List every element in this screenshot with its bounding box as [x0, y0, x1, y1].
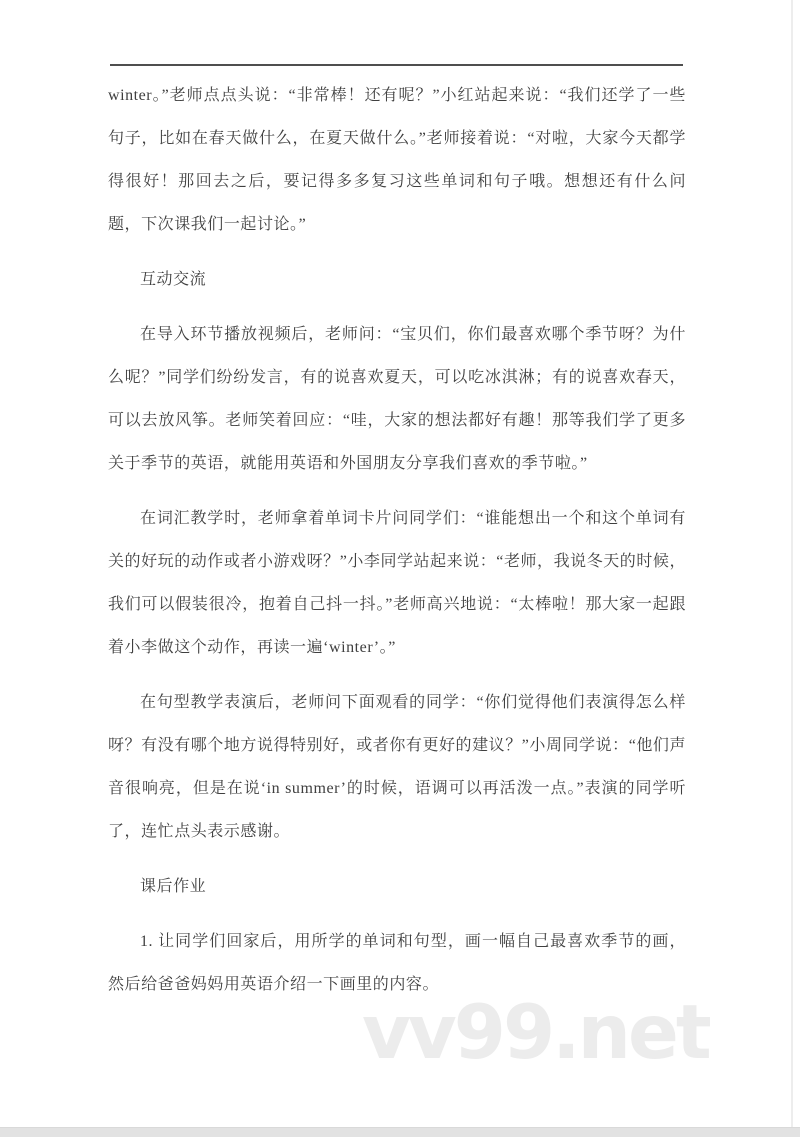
- paragraph-vocabulary-teaching: 在词汇教学时，老师拿着单词卡片问同学们：“谁能想出一个和这个单词有关的好玩的动作…: [108, 497, 686, 669]
- paragraph-lead-in-discussion: 在导入环节播放视频后，老师问：“宝贝们，你们最喜欢哪个季节呀？为什么呢？”同学们…: [108, 313, 686, 485]
- document-body: winter。”老师点点头说：“非常棒！还有呢？”小红站起来说：“我们还学了一些…: [108, 74, 686, 1018]
- section-heading-interaction: 互动交流: [108, 258, 686, 301]
- paragraph-sentence-performance: 在句型教学表演后，老师问下面观看的同学：“你们觉得他们表演得怎么样呀？有没有哪个…: [108, 681, 686, 853]
- paragraph-classroom-wrapup: winter。”老师点点头说：“非常棒！还有呢？”小红站起来说：“我们还学了一些…: [108, 74, 686, 246]
- document-page: winter。”老师点点头说：“非常棒！还有呢？”小红站起来说：“我们还学了一些…: [0, 0, 800, 1137]
- page-edge-right: [791, 0, 793, 1137]
- header-rule: [110, 64, 683, 66]
- paragraph-homework-item-1: 1. 让同学们回家后，用所学的单词和句型，画一幅自己最喜欢季节的画，然后给爸爸妈…: [108, 920, 686, 1006]
- section-heading-homework: 课后作业: [108, 865, 686, 908]
- page-edge-bottom: [0, 1127, 800, 1137]
